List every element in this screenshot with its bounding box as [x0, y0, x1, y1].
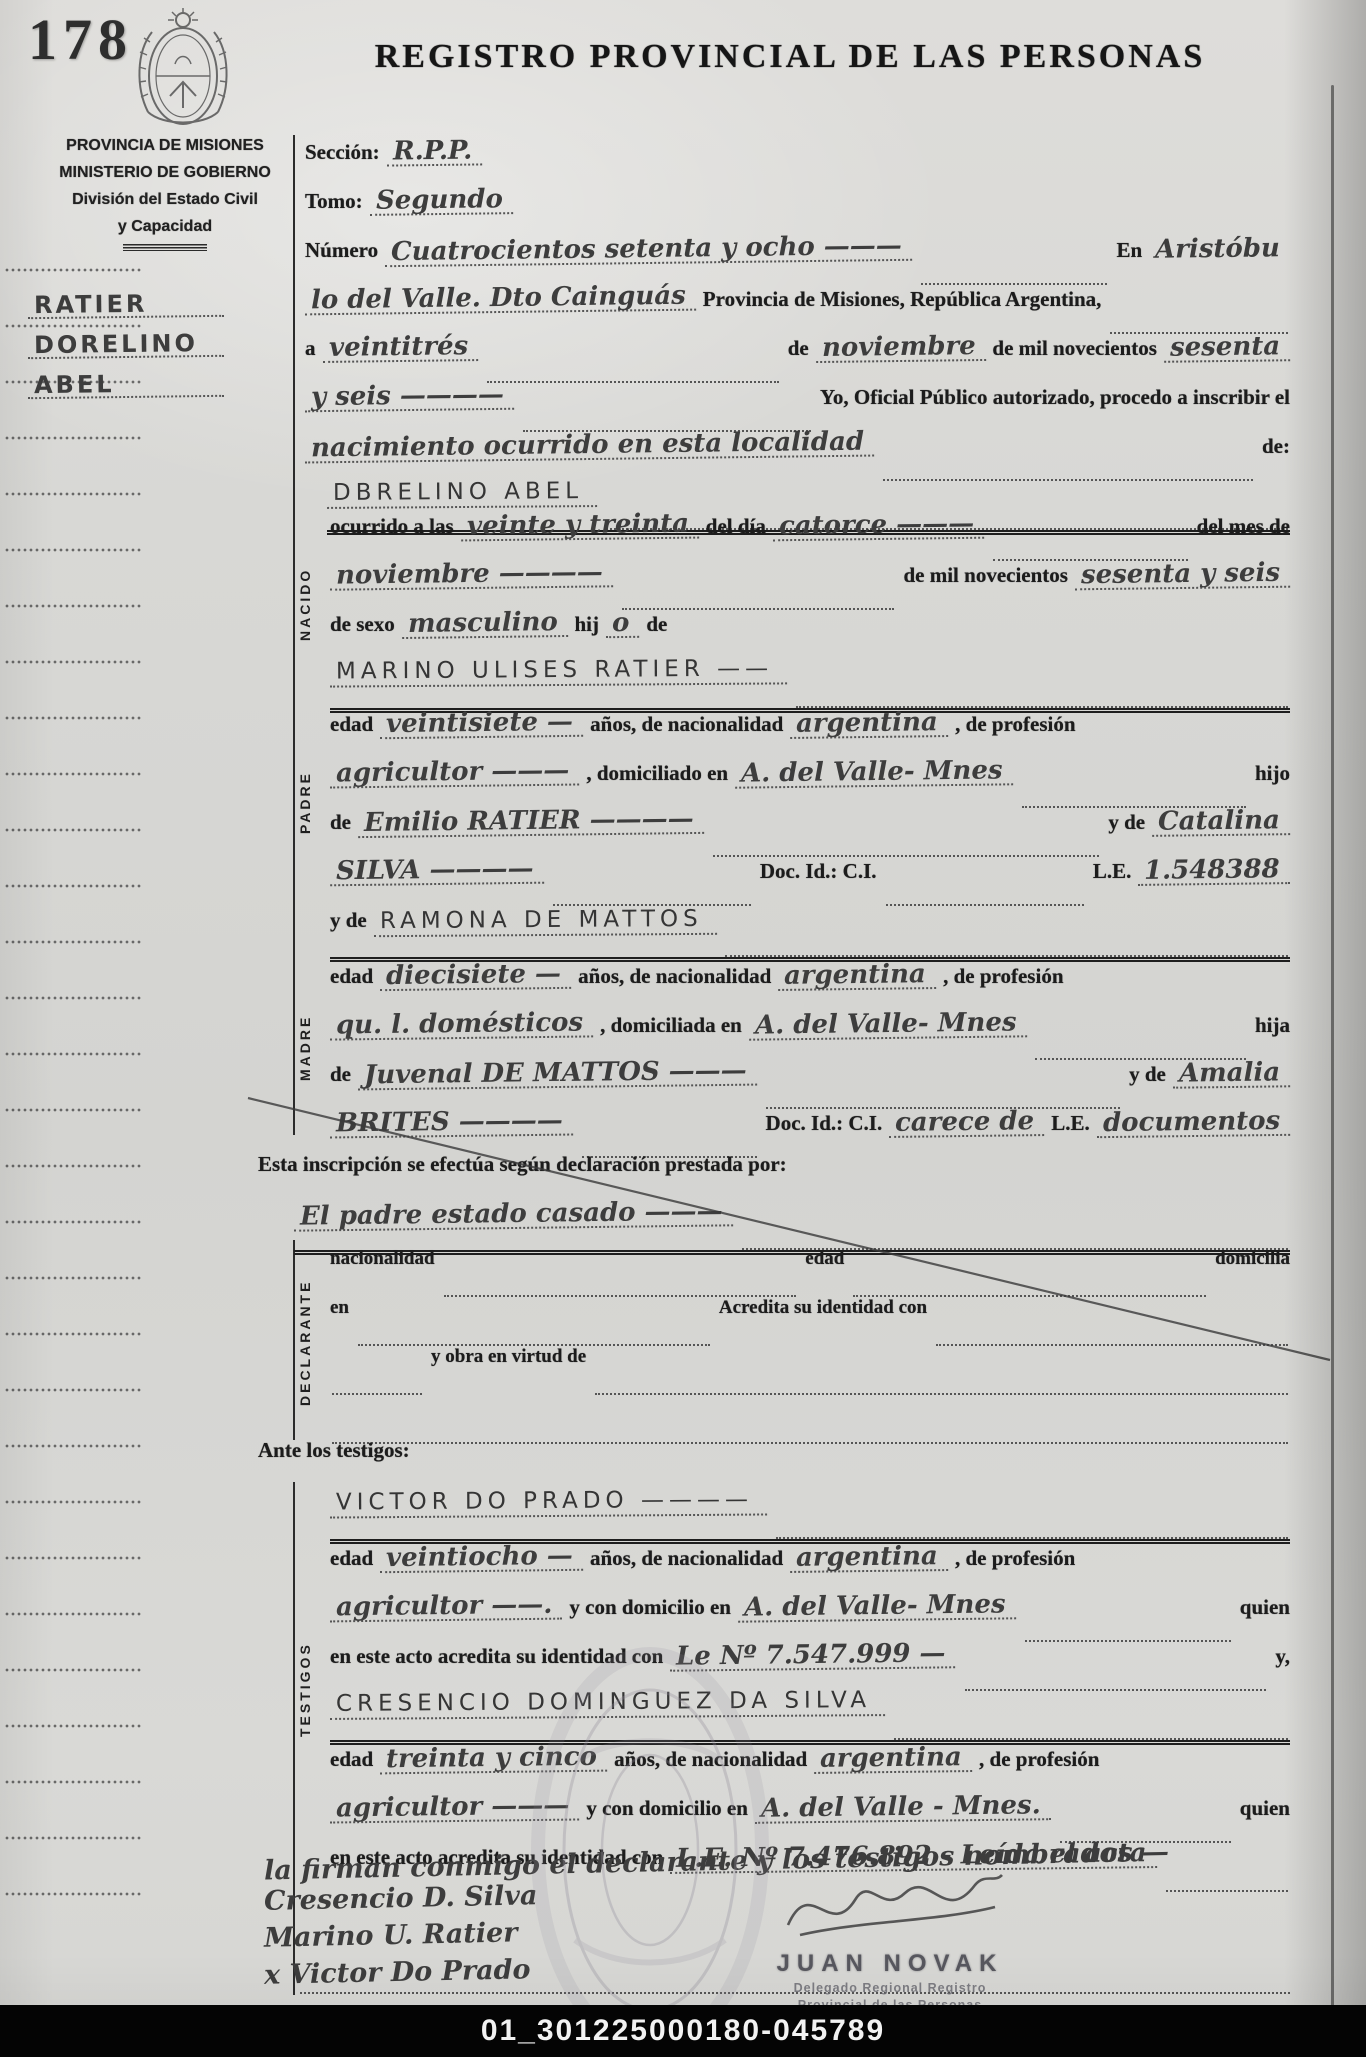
scanned-paper: 178 REGISTRO PROVINCIAL DE LAS PERSONAS … — [0, 0, 1366, 2057]
round-seal-icon — [520, 1640, 780, 2057]
archive-code: 01_301225000180-045789 — [481, 2014, 885, 2048]
delegate-name-stamp: JUAN NOVAK — [770, 1950, 1010, 1978]
scan-edge-artifact — [1331, 85, 1334, 2010]
archive-code-bar: 01_301225000180-045789 — [0, 2005, 1366, 2057]
delegate-role-line1: Delegado Regional Registro — [770, 1981, 1010, 1995]
official-signature-icon — [770, 1855, 1010, 1950]
official-signature-block: JUAN NOVAK Delegado Regional Registro Pr… — [770, 1855, 1010, 2012]
